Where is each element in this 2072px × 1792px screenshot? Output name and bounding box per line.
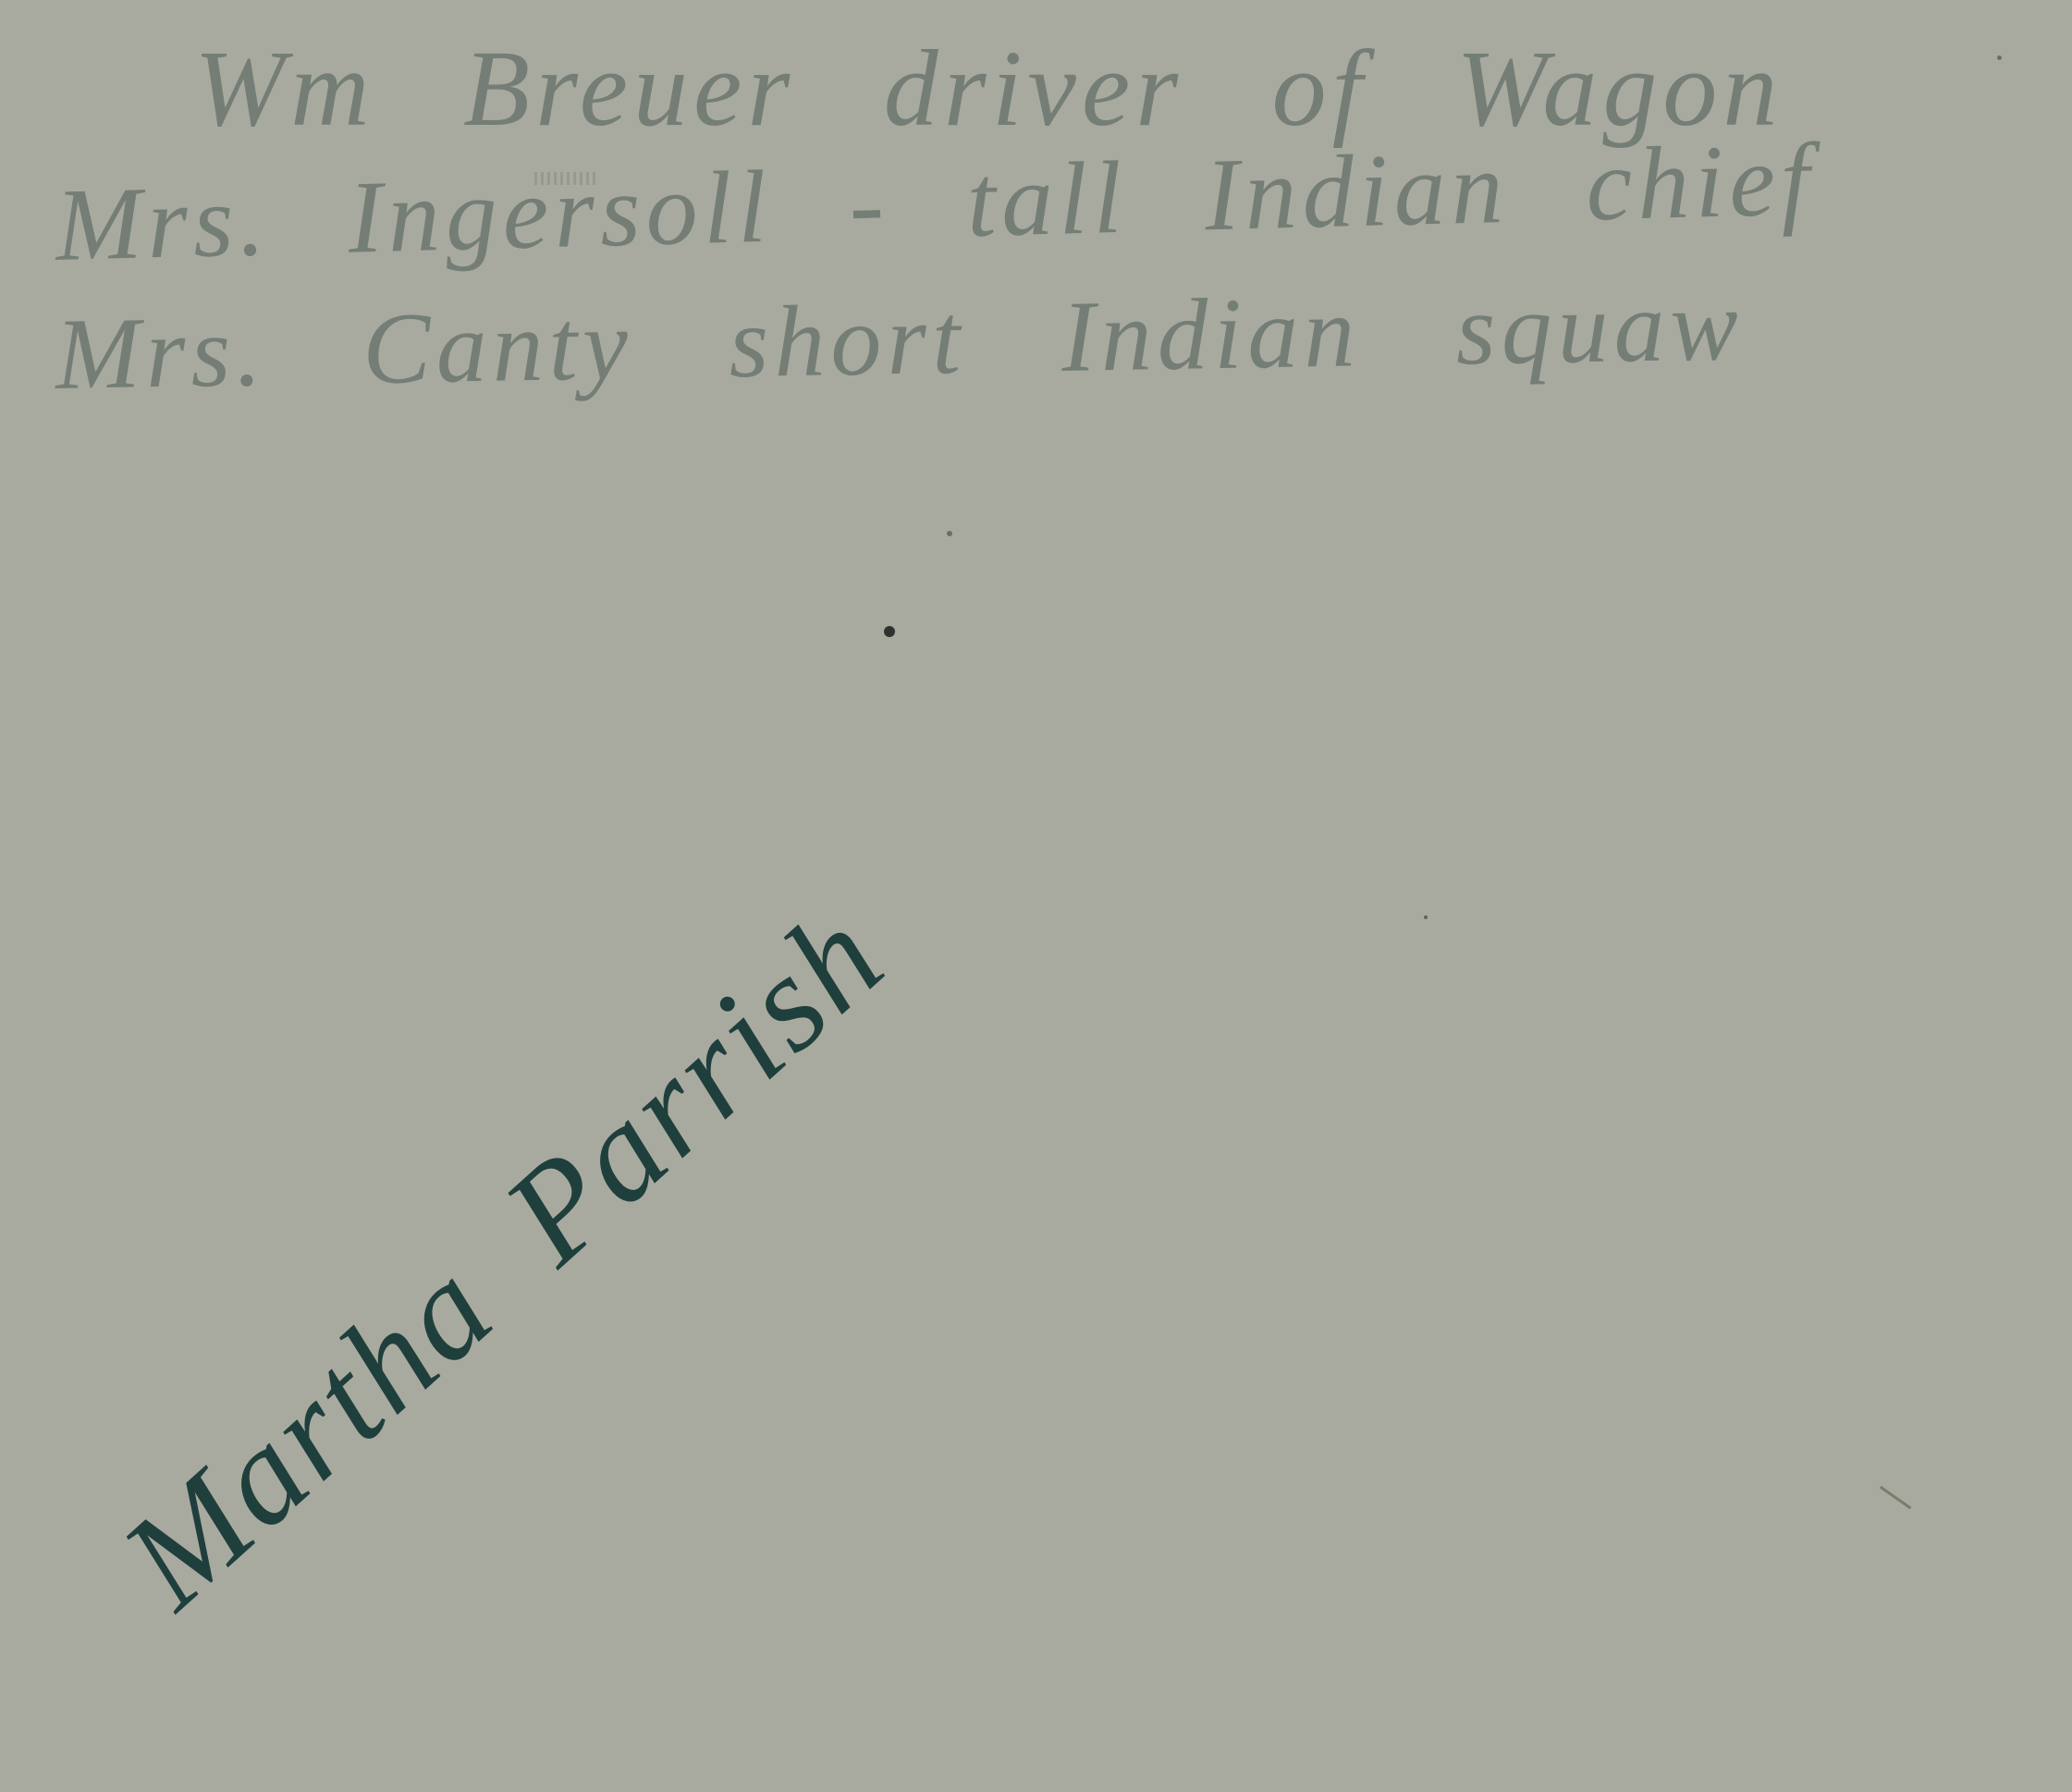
paper-sheet: Wm Breuer driver of Wagon Mrs. Ingersoll… xyxy=(0,0,2072,1792)
paper-scratch xyxy=(1880,1486,1911,1509)
ink-speck xyxy=(1424,915,1428,919)
pencil-note-line-3: Mrs. Canty short Indian squaw xyxy=(55,266,1745,413)
ink-speck xyxy=(1997,55,2002,60)
ink-speck xyxy=(884,626,895,637)
signature: Martha Parrish xyxy=(92,876,914,1639)
ink-speck xyxy=(947,531,952,536)
